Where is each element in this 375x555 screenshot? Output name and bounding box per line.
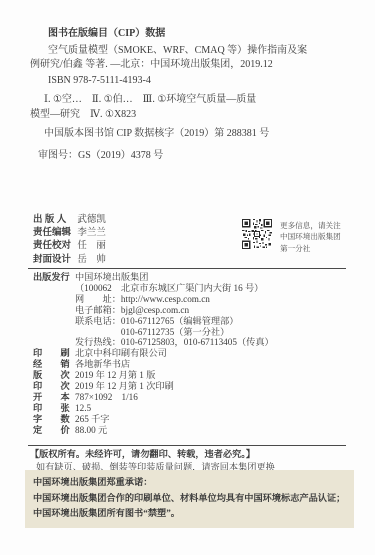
staff-row-editor: 责任编辑 李兰兰 bbox=[33, 227, 106, 240]
pub-row-website: 网 址：http://www.cesp.com.cn bbox=[33, 294, 348, 305]
cip-section: 图书在版编目（CIP）数据 空气质量模型（SMOKE、WRF、CMAQ 等）操作… bbox=[30, 27, 348, 164]
pub-value: 010-67112735（第一分社） bbox=[75, 327, 229, 337]
qr-caption-line2: 中国环境出版集团 bbox=[280, 231, 341, 242]
pub-value: 发行热线：010-67125803，010-67113405（传真） bbox=[75, 337, 274, 347]
map-approval-number: 审图号：GS（2019）4378 号 bbox=[30, 149, 348, 164]
publication-info-section: 出版发行中国环境出版集团 （100062 北京市东城区广渠门内大街 16 号） … bbox=[33, 272, 348, 436]
qr-code bbox=[242, 219, 272, 249]
divider-top bbox=[28, 268, 346, 269]
staff-label: 出 版 人 bbox=[33, 214, 75, 227]
pub-label: 开 本 bbox=[33, 392, 75, 403]
cip-record-number: 中国版本图书馆 CIP 数据核字（2019）第 288381 号 bbox=[30, 127, 348, 142]
qr-caption-line1: 更多信息，请关注 bbox=[280, 220, 341, 231]
staff-label: 责任编辑 bbox=[33, 227, 75, 240]
pub-value: 12.5 bbox=[75, 403, 91, 413]
qr-code-image bbox=[242, 219, 272, 249]
book-title-line1: 空气质量模型（SMOKE、WRF、CMAQ 等）操作指南及案 bbox=[30, 44, 348, 59]
pub-value: 各地新华书店 bbox=[75, 359, 130, 369]
pledge-box: 中国环境出版集团郑重承诺： 中国环境出版集团合作的印刷单位、材料单位均具有中国环… bbox=[25, 470, 354, 528]
pub-row-sheets: 印 张12.5 bbox=[33, 403, 348, 414]
staff-value: 李兰兰 bbox=[77, 228, 106, 238]
pub-label: 经 销 bbox=[33, 359, 75, 370]
staff-value: 岳 帅 bbox=[77, 255, 106, 265]
pub-row-publisher: 出版发行中国环境出版集团 bbox=[33, 272, 348, 283]
cip-class-line1: Ⅰ. ①空… Ⅱ. ①伯… Ⅲ. ①环境空气质量—质量 bbox=[30, 93, 348, 108]
pub-value: 2019 年 12 月第 1 版 bbox=[75, 370, 155, 380]
pledge-heading: 中国环境出版集团郑重承诺： bbox=[33, 475, 346, 491]
staff-row-cover-designer: 封面设计 岳 帅 bbox=[33, 254, 106, 267]
book-copyright-page: 图书在版编目（CIP）数据 空气质量模型（SMOKE、WRF、CMAQ 等）操作… bbox=[0, 0, 375, 555]
pub-row-impression: 印 次2019 年 12 月第 1 次印刷 bbox=[33, 381, 348, 392]
pub-value: 网 址：http://www.cesp.com.cn bbox=[75, 294, 210, 304]
pub-row-edition: 版 次2019 年 12 月第 1 版 bbox=[33, 370, 348, 381]
pledge-line2: 中国环境出版集团所有图书“禁塑”。 bbox=[33, 506, 346, 522]
staff-label: 责任校对 bbox=[33, 240, 75, 253]
isbn: ISBN 978-7-5111-4193-4 bbox=[30, 74, 348, 89]
divider-bottom bbox=[28, 445, 346, 446]
staff-credits-section: 出 版 人 武德凯 责任编辑 李兰兰 责任校对 任 丽 封面设计 岳 帅 bbox=[33, 214, 106, 267]
pub-row-hotline: 发行热线：010-67125803，010-67113405（传真） bbox=[33, 337, 348, 348]
pub-value: 787×1092 1/16 bbox=[75, 392, 138, 402]
pub-row-format: 开 本787×1092 1/16 bbox=[33, 392, 348, 403]
pub-row-email: 电子邮箱：bjgl@cesp.com.cn bbox=[33, 305, 348, 316]
pub-value: 中国环境出版集团 bbox=[75, 272, 149, 282]
qr-caption: 更多信息，请关注 中国环境出版集团 第一分社 bbox=[280, 220, 341, 254]
pub-row-phone1: 联系电话：010-67112765（编辑管理部） bbox=[33, 316, 348, 327]
pub-row-phone2: 010-67112735（第一分社） bbox=[33, 327, 348, 338]
book-title-line2: 例研究/伯鑫 等著. —北京：中国环境出版集团，2019.12 bbox=[30, 58, 348, 73]
staff-label: 封面设计 bbox=[33, 254, 75, 267]
staff-value: 武德凯 bbox=[77, 215, 106, 225]
pub-row-distributor: 经 销各地新华书店 bbox=[33, 359, 348, 370]
pub-value: 2019 年 12 月第 1 次印刷 bbox=[75, 381, 174, 391]
pub-label: 定 价 bbox=[33, 425, 75, 436]
pub-row-wordcount: 字 数265 千字 bbox=[33, 414, 348, 425]
pub-label: 印 张 bbox=[33, 403, 75, 414]
pub-value: 联系电话：010-67112765（编辑管理部） bbox=[75, 316, 239, 326]
pledge-line1: 中国环境出版集团合作的印刷单位、材料单位均具有中国环境标志产品认证； bbox=[33, 491, 346, 507]
staff-row-publisher: 出 版 人 武德凯 bbox=[33, 214, 106, 227]
pub-value: 265 千字 bbox=[75, 414, 109, 424]
pub-value: 北京中科印刷有限公司 bbox=[75, 348, 167, 358]
staff-value: 任 丽 bbox=[77, 241, 106, 251]
pub-row-address: （100062 北京市东城区广渠门内大街 16 号） bbox=[33, 283, 348, 294]
staff-row-proofreader: 责任校对 任 丽 bbox=[33, 240, 106, 253]
pub-value: （100062 北京市东城区广渠门内大街 16 号） bbox=[75, 283, 263, 293]
qr-caption-line3: 第一分社 bbox=[280, 243, 341, 254]
pub-row-price: 定 价88.00 元 bbox=[33, 425, 348, 436]
pub-value: 电子邮箱：bjgl@cesp.com.cn bbox=[75, 305, 189, 315]
cip-class-line2: 模型—研究 Ⅳ. ①X823 bbox=[30, 108, 348, 123]
copyright-notice: 【版权所有。未经许可，请勿翻印、转载，违者必究。】 bbox=[30, 448, 350, 461]
pub-row-printer: 印 刷北京中科印刷有限公司 bbox=[33, 348, 348, 359]
pub-label: 印 次 bbox=[33, 381, 75, 392]
pub-label: 印 刷 bbox=[33, 348, 75, 359]
pub-label: 版 次 bbox=[33, 370, 75, 381]
pub-label: 字 数 bbox=[33, 414, 75, 425]
cip-heading: 图书在版编目（CIP）数据 bbox=[30, 27, 348, 42]
pub-value: 88.00 元 bbox=[75, 425, 107, 435]
pub-label: 出版发行 bbox=[33, 272, 75, 283]
